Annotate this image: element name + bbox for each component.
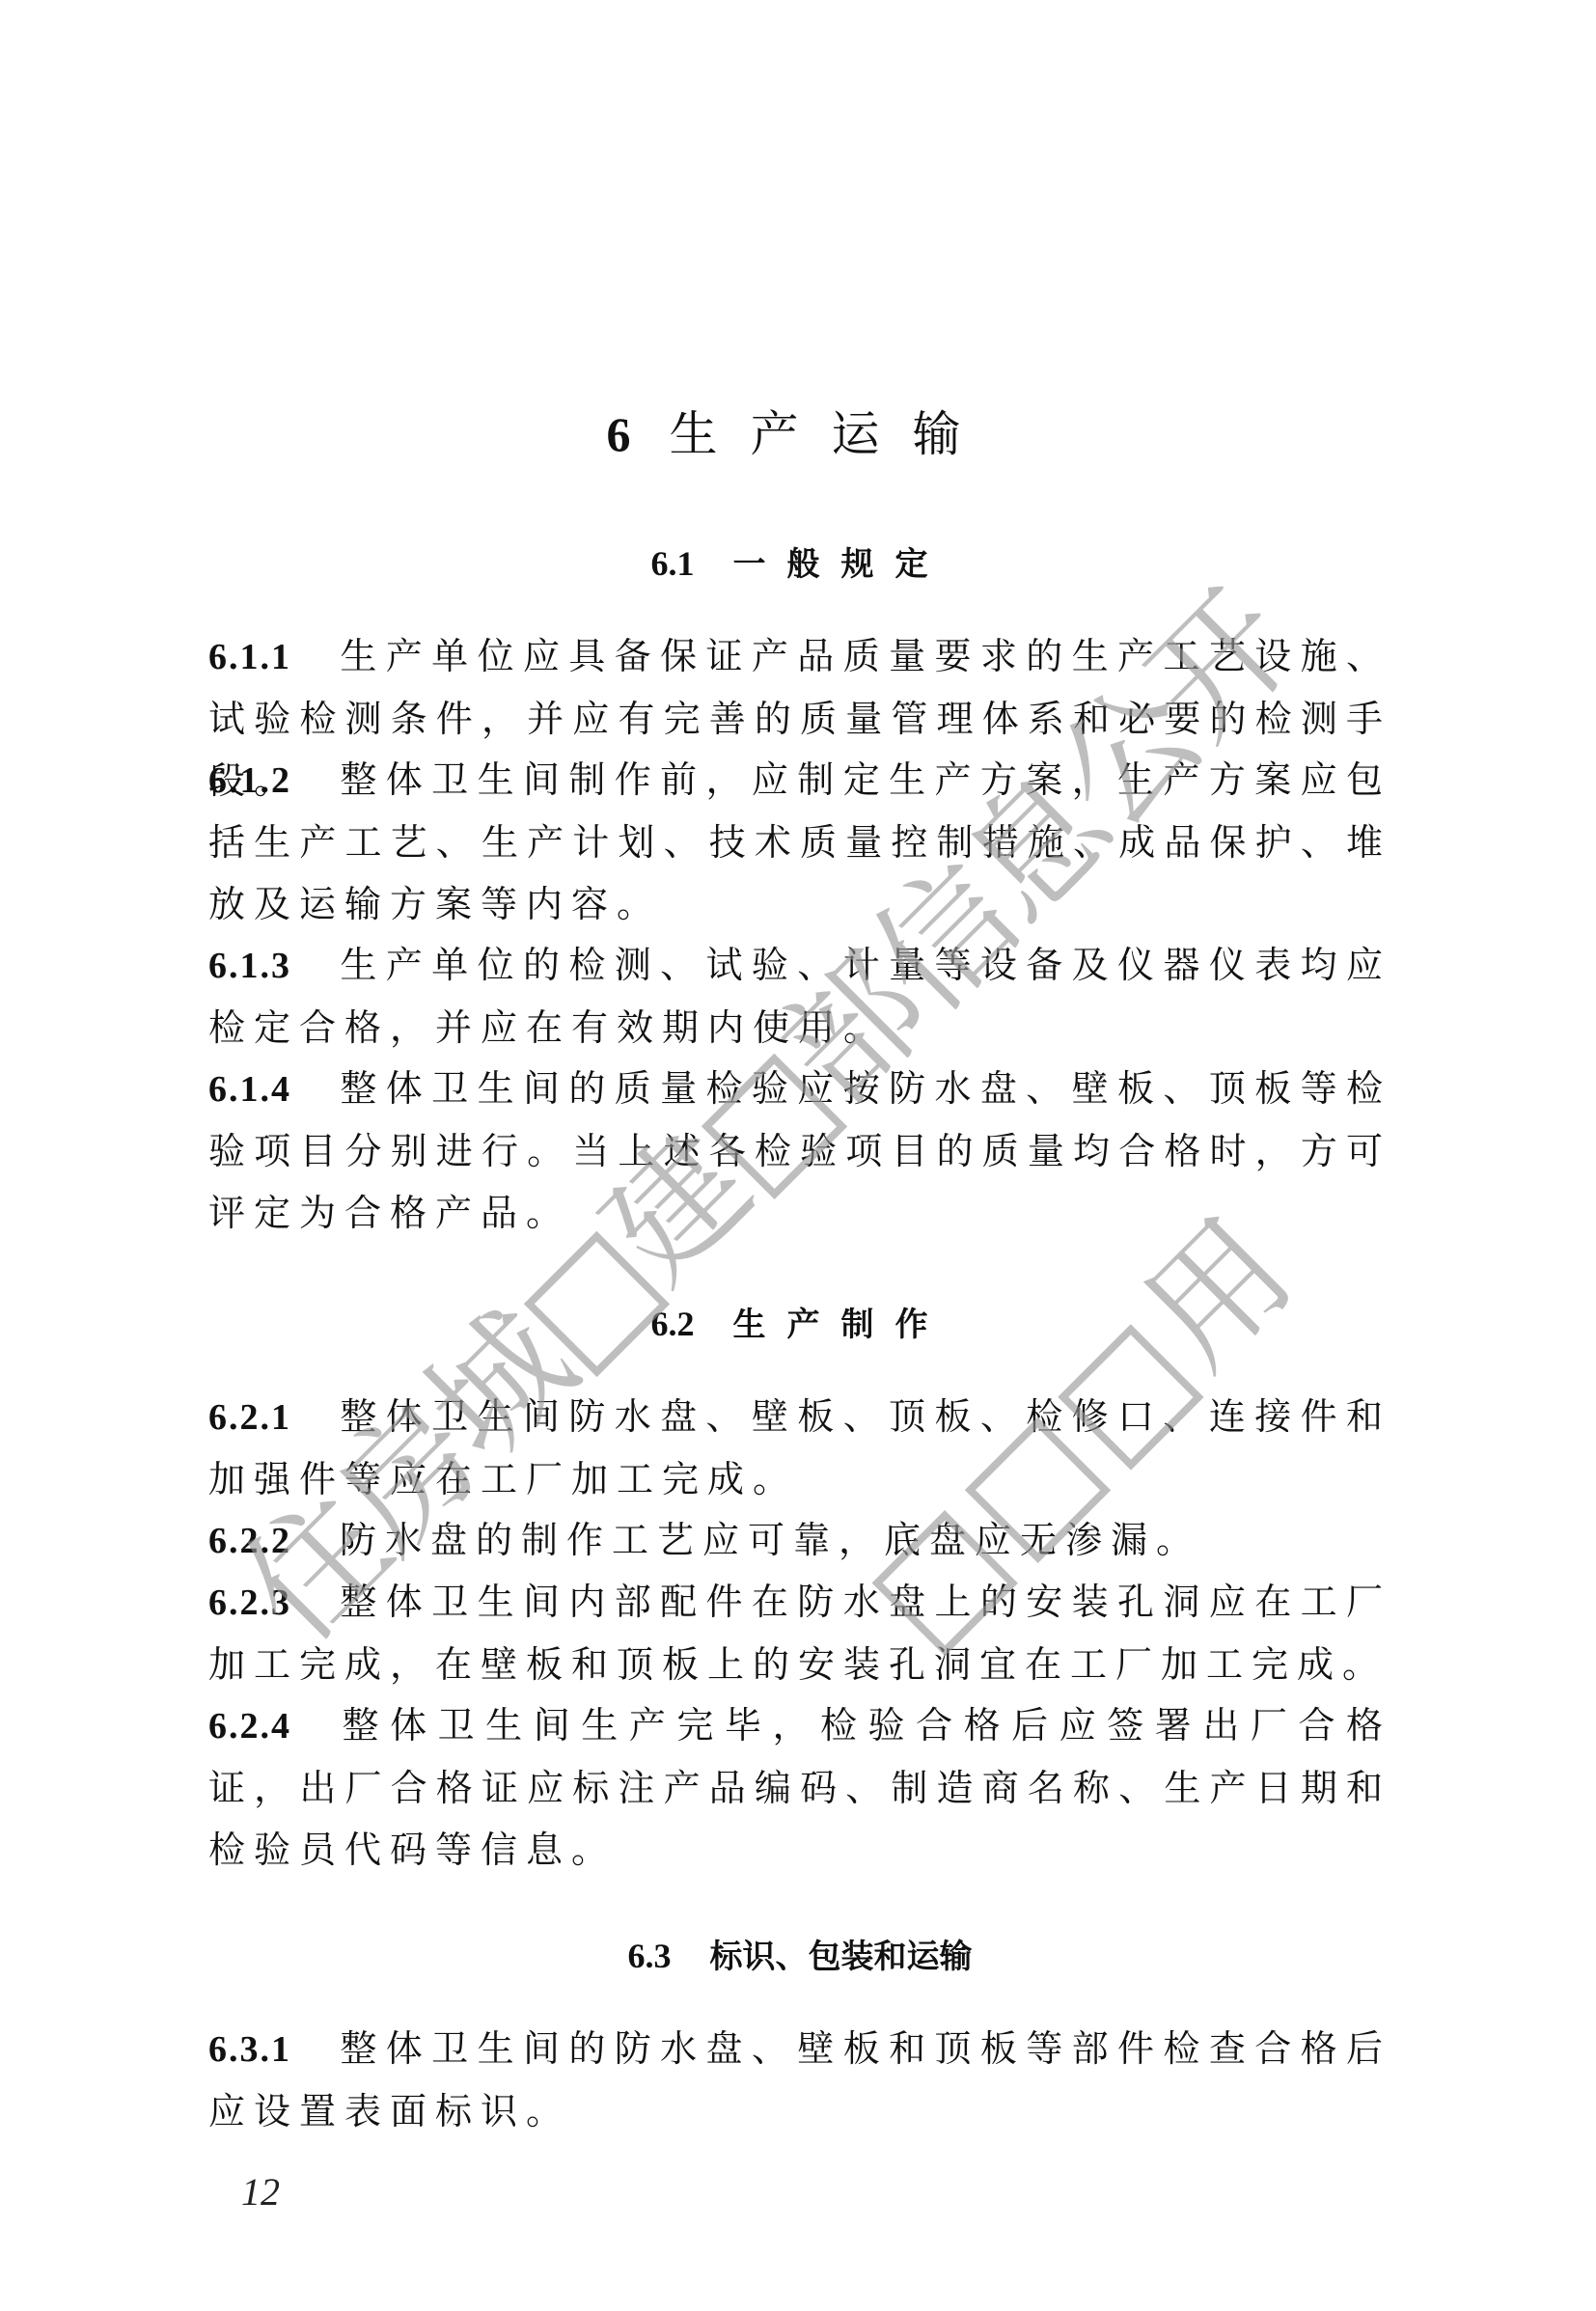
clause-6-1-4: 6.1.4整体卫生间的质量检验应按防水盘、壁板、顶板等检验项目分别进行。当上述各… bbox=[208, 1058, 1391, 1244]
clause-6-2-2: 6.2.2防水盘的制作工艺应可靠，底盘应无渗漏。 bbox=[208, 1509, 1391, 1572]
clause-6-3-1: 6.3.1整体卫生间的防水盘、壁板和顶板等部件检查合格后应设置表面标识。 bbox=[208, 2018, 1391, 2142]
clause-number: 6.3.1 bbox=[208, 2019, 322, 2080]
chapter-number: 6 bbox=[607, 407, 631, 461]
section-heading-6-2: 6.2生产制作 bbox=[208, 1301, 1391, 1348]
section-number: 6.3 bbox=[628, 1937, 672, 1975]
chapter-title: 6生产运输 bbox=[208, 403, 1391, 465]
clause-6-2-3: 6.2.3整体卫生间内部配件在防水盘上的安装孔洞应在工厂加工完成，在壁板和顶板上… bbox=[208, 1571, 1391, 1695]
clause-number: 6.1.4 bbox=[208, 1059, 322, 1120]
clause-6-2-4: 6.2.4整体卫生间生产完毕，检验合格后应签署出厂合格证，出厂合格证应标注产品编… bbox=[208, 1694, 1391, 1881]
clause-6-1-2: 6.1.2整体卫生间制作前，应制定生产方案，生产方案应包括生产工艺、生产计划、技… bbox=[208, 749, 1391, 935]
clause-6-2-1: 6.2.1整体卫生间防水盘、壁板、顶板、检修口、连接件和加强件等应在工厂加工完成… bbox=[208, 1386, 1391, 1510]
clause-number: 6.1.2 bbox=[208, 750, 322, 812]
section-heading-6-3: 6.3标识、包装和运输 bbox=[208, 1933, 1391, 1980]
clause-text: 整体卫生间制作前，应制定生产方案，生产方案应包括生产工艺、生产计划、技术质量控制… bbox=[208, 758, 1391, 925]
clause-number: 6.1.3 bbox=[208, 935, 322, 997]
chapter-title-text: 生产运输 bbox=[670, 406, 994, 462]
section-title: 标识、包装和运输 bbox=[710, 1938, 973, 1976]
section-heading-6-1: 6.1一般规定 bbox=[208, 540, 1391, 588]
section-number: 6.2 bbox=[651, 1305, 695, 1343]
page-number: 12 bbox=[241, 2169, 280, 2215]
section-number: 6.1 bbox=[651, 544, 695, 583]
clause-text: 生产单位的检测、试验、计量等设备及仪器仪表均应检定合格，并应在有效期内使用。 bbox=[208, 944, 1391, 1049]
clause-text: 整体卫生间生产完毕，检验合格后应签署出厂合格证，出厂合格证应标注产品编码、制造商… bbox=[208, 1704, 1391, 1871]
clause-number: 6.1.1 bbox=[208, 626, 322, 688]
clause-text: 整体卫生间内部配件在防水盘上的安装孔洞应在工厂加工完成，在壁板和顶板上的安装孔洞… bbox=[208, 1581, 1391, 1686]
section-title: 生产制作 bbox=[733, 1306, 949, 1344]
clause-number: 6.2.2 bbox=[208, 1510, 322, 1572]
clause-number: 6.2.1 bbox=[208, 1387, 322, 1448]
clause-text: 整体卫生间的质量检验应按防水盘、壁板、顶板等检验项目分别进行。当上述各检验项目的… bbox=[208, 1067, 1391, 1234]
section-title: 一般规定 bbox=[733, 545, 949, 584]
clause-text: 防水盘的制作工艺应可靠，底盘应无渗漏。 bbox=[340, 1519, 1201, 1561]
clause-number: 6.2.4 bbox=[208, 1695, 322, 1757]
clause-text: 整体卫生间的防水盘、壁板和顶板等部件检查合格后应设置表面标识。 bbox=[208, 2027, 1391, 2132]
clause-number: 6.2.3 bbox=[208, 1572, 322, 1634]
document-page: 6生产运输 6.1一般规定 6.1.1生产单位应具备保证产品质量要求的生产工艺设… bbox=[0, 0, 1596, 2311]
clause-6-1-3: 6.1.3生产单位的检测、试验、计量等设备及仪器仪表均应检定合格，并应在有效期内… bbox=[208, 934, 1391, 1059]
clause-text: 整体卫生间防水盘、壁板、顶板、检修口、连接件和加强件等应在工厂加工完成。 bbox=[208, 1395, 1391, 1500]
